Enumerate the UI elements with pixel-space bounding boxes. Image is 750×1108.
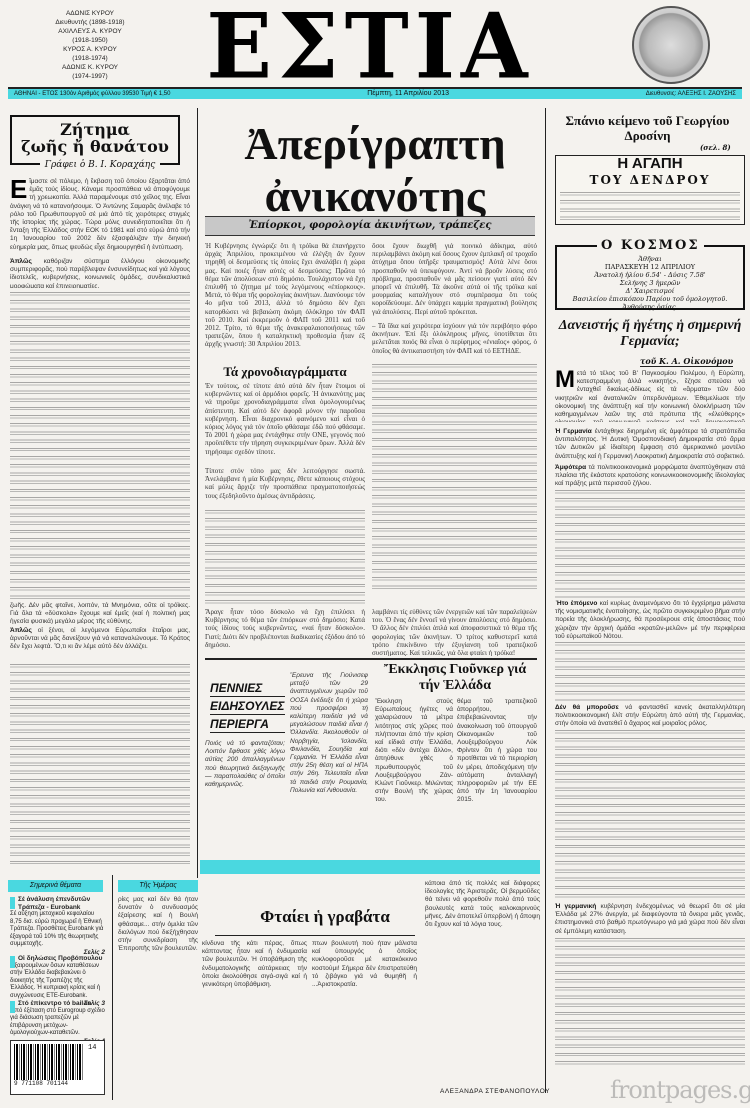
- main-headline: Ἀπερίγραπτη ἀνικανότης: [215, 118, 535, 222]
- founders-list: ΑΔΩΝΙΣ ΚΥΡΟΥΔιευθυντής (1898-1918) ΑΧΙΛΛ…: [30, 10, 150, 82]
- junker-col2: θέμα τοῦ τραπεζικοῦ ἀπορρήτου, ἐπιβεβαιώ…: [457, 698, 537, 858]
- gossip-text-1: Ποιός νά τό φανταζόταν; Λοιπόν ἔφθασε χθ…: [205, 740, 285, 855]
- main-story-col2: ὅσοι ἔχουν διωχθῆ γιά ποινικό ἀδίκημα, α…: [372, 242, 537, 320]
- column-divider: [545, 108, 546, 1093]
- gossip-column-title: ΠΕΝΝΙΕΣ ΕΙΔΗΣΟΥΛΕΣ ΠΕΡΙΕΡΓΑ: [210, 680, 285, 734]
- germany-article-para3: Ἀμφότερα τά πολιτικοοικονομικά μορφώματα…: [555, 464, 745, 488]
- germany-article-body-lines: [555, 642, 745, 702]
- bottom-story-col-far: κάποια ἀπό τίς πολλές καί διάφορες ἰδεολ…: [425, 880, 540, 1080]
- left-article-lead: Ε ἴμαστε σέ πόλεμο, ἡ ἔκβαση τοῦ ὁποίου …: [10, 178, 190, 256]
- drop-cap: Μ: [555, 370, 575, 390]
- todays-topics-header: Σημερινά θέματα: [8, 880, 103, 892]
- main-story-body-lines: [205, 510, 365, 605]
- main-story-col1: Ἡ Κυβέρνησις ἐγνώριζε ὅτι ἡ τρόϊκα θά ἐπ…: [205, 242, 365, 360]
- germany-article-lead: Μ ετά τό τέλος τοῦ Β' Παγκοσμίου Πολέμου…: [555, 370, 745, 422]
- issue-date: Πέμπτη, 11 Απριλίου 2013: [367, 89, 449, 99]
- watermark: frontpages.gr: [610, 1076, 750, 1104]
- main-story-col2-para2: – Τά ἴδια καί χειρότερα ἰσχύουν γιά τόν …: [372, 322, 537, 362]
- director-info: Διευθυνσις: ΑΛΕΞΗΣ Ι. ΖΑΟΥΣΗΣ: [646, 89, 736, 99]
- main-story-body-lines: [372, 364, 537, 589]
- newspaper-masthead: ΕΣΤΙΑ: [170, 6, 570, 88]
- sidebar-item-1[interactable]: Σέ ἀνάλυση ἐπενδυτῶν Τράπεζα - Eurobank …: [10, 896, 105, 956]
- bottom-story-col-mid: κίνδυνα τῆς κάτι πέρας, ὅπως κάπτοντας ἦ…: [202, 940, 307, 1095]
- horizontal-rule: [215, 935, 415, 936]
- left-article-para3: ζωῆς. Δέν μᾶς φταῖνε, λοιπόν, τά Μνημόνι…: [10, 602, 190, 624]
- of-the-day-header: Τῆς Ἡμέρας: [118, 880, 198, 892]
- germany-article-author: τοῦ Κ. Α. Οἰκονόμου: [640, 356, 733, 367]
- sidebar-item-3[interactable]: Στό ἐπίκεντρο τό bail-in Ὑπό ἐξέταση στό…: [10, 1000, 105, 1045]
- germany-article-title: Δανειστής ἤ ἡγέτης ἡ σημερινή Γερμανία;: [555, 318, 745, 350]
- bottom-story-col-right: πτων βουλευτή πού ἦταν μάλιστα καί ὑπουρ…: [312, 940, 417, 1095]
- bottom-story-author: ΑΛΕΞΑΝΔΡΑ ΣΤΕΦΑΝΟΠΟΥΛΟΥ: [440, 1088, 550, 1095]
- clipping-box: Η ΑΓΑΠΗ ΤΟΥ ΔΕΝΔΡΟΥ: [555, 155, 745, 225]
- left-article-byline: Γράφει ὁ Β. Ι. Κοραχάης: [40, 160, 160, 170]
- left-article-para4: Ἀπλῶς οἱ ξένοι, οἱ λεγόμενοι Εὐρωπαῖοι ἑ…: [10, 627, 190, 661]
- germany-article-body-lines: [555, 490, 745, 598]
- column-divider: [112, 875, 113, 1100]
- germany-article-para4: Ἦτο ἑπόμενο καί κυρίως ἀναμενόμενο ὅτι τ…: [555, 600, 745, 640]
- founder-4: ΑΔΩΝΙΣ Κ. ΚΥΡΟΥ(1974-1997): [30, 64, 150, 81]
- founder-1: ΑΔΩΝΙΣ ΚΥΡΟΥΔιευθυντής (1898-1918): [30, 10, 150, 27]
- issue-info: ΑΘΗΝΑΙ - ΕΤΟΣ 130όν Αριθμός φύλλου 39530…: [14, 89, 170, 99]
- horizontal-rule: [205, 658, 537, 660]
- barcode-bars-icon: [14, 1044, 84, 1080]
- clipping-text-lines: [560, 192, 740, 222]
- drop-cap: Ε: [10, 178, 27, 200]
- main-story-closing-left: Ἄραγε ἦταν τόσο δύσκολο νά ἔχη ἐπιλύσει …: [205, 608, 365, 656]
- founder-3: ΚΥΡΟΣ Α. ΚΥΡΟΥ(1918-1974): [30, 46, 150, 63]
- junker-col1: Ἔκκληση στούς Εὐρωπαίους ἡγέτες νά χαλαρ…: [375, 698, 453, 858]
- junker-headline: Ἔκκλησις Γιοῦνκερ γιά τήν Ἑλλάδα: [375, 662, 535, 694]
- germany-article-para2: Ἡ Γερμανία ἐντάχθηκε διηρημένη εἰς ἀμφότ…: [555, 428, 745, 460]
- column-divider: [197, 108, 198, 878]
- left-article-body-lines: [10, 292, 190, 602]
- founder-2: ΑΧΙΛΛΕΥΣ Α. ΚΥΡΟΥ(1918-1950): [30, 28, 150, 45]
- rare-text-page-ref: (σελ. 8): [700, 143, 731, 152]
- barcode: 14 9 771108 701144: [10, 1040, 105, 1095]
- separator-bar: [200, 860, 540, 874]
- timelines-text-2: Τίποτε στόν τόπο μας δέν λειτούργησε σωσ…: [205, 467, 365, 507]
- left-article-para2: Ἀπλῶς καθόριζαν σύστημα ἐλλόγου οἰκονομι…: [10, 258, 190, 288]
- germany-article-body-lines: [555, 938, 745, 1068]
- germany-article-body-lines: [555, 730, 745, 900]
- main-subheadline: Ἐπίορκοι, φορολογία ἀκινήτων, τράπεζες: [205, 216, 535, 236]
- gossip-text-2: Ἔρευνα τῆς Γιούνισεφ μεταξύ τῶν 29 ἀναπτ…: [290, 672, 368, 857]
- main-story-closing-right: λαμβάνει τίς εὐθύνες τῶν ἐνεργειῶν καί τ…: [372, 608, 537, 656]
- left-article-title-box: Ζήτημα ζωῆς ἤ θανάτου: [10, 115, 180, 165]
- rare-text-title: Σπάνιο κείμενο τοῦ Γεωργίου Δροσίνη: [550, 113, 745, 143]
- germany-article-para5: Δέν θά μποροῦσε νά φαντασθεῖ κανείς ἀκατ…: [555, 704, 745, 728]
- left-article-title-2: ζωῆς ἤ θανάτου: [12, 138, 178, 155]
- almanac-box: Ο ΚΟΣΜΟΣ Ἀθῆναι ΠΑΡΑΣΚΕΥΗ 12 ΑΠΡΙΛΙΟΥ Ἀν…: [555, 245, 745, 310]
- left-article-title-1: Ζήτημα: [12, 121, 178, 138]
- seal-emblem-icon: [632, 6, 710, 84]
- date-bar: ΑΘΗΝΑΙ - ΕΤΟΣ 130όν Αριθμός φύλλου 39530…: [8, 87, 742, 99]
- germany-article-para6: Ἡ γερμανική κυβέρνηση ἐνδεχομένως νά θεω…: [555, 903, 745, 935]
- section-heading-timelines: Τά χρονοδιαγράμματα: [205, 364, 365, 380]
- timelines-text: Ἐν τούτοις, σέ τίποτε ἀπό αὐτά δέν ἦταν …: [205, 382, 365, 464]
- left-article-body-lines: [10, 664, 190, 869]
